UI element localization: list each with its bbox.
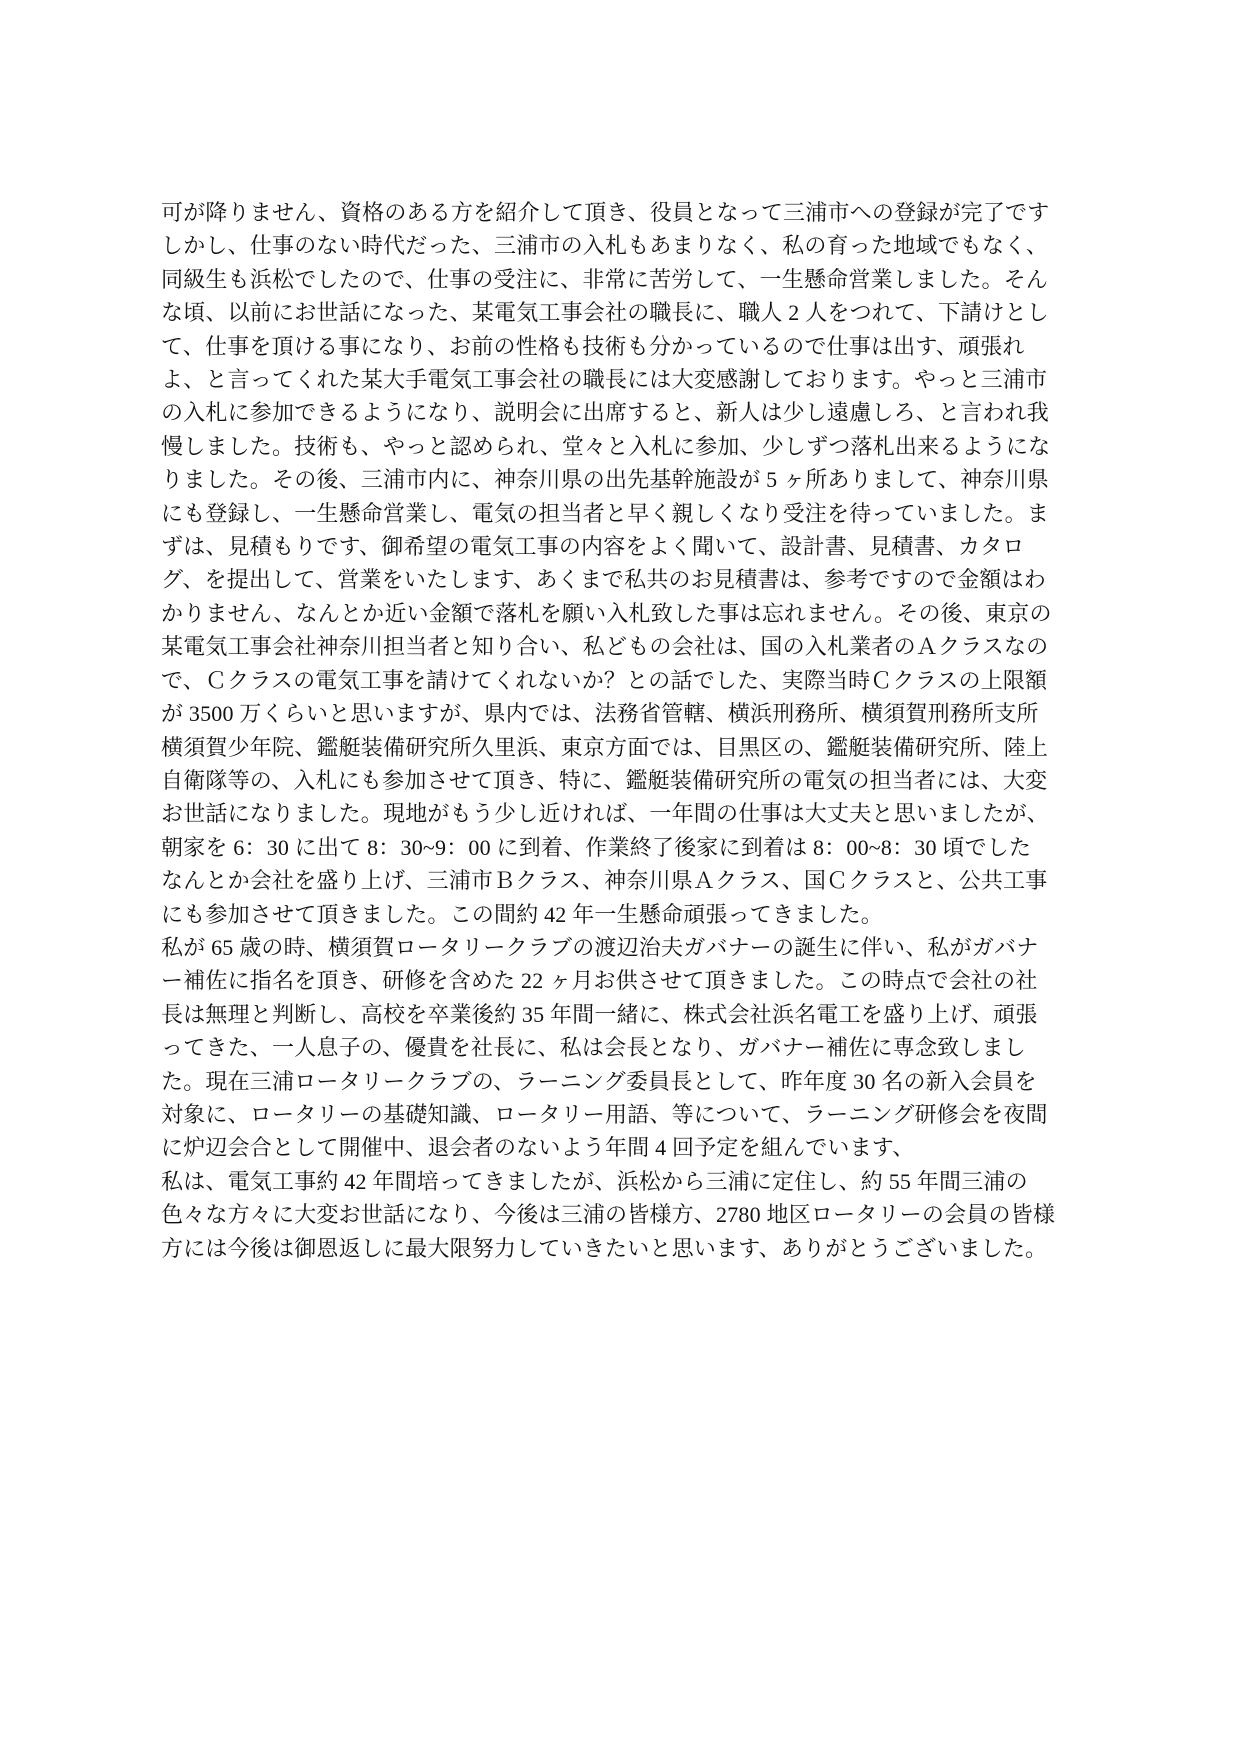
- document-page: 可が降りません、資格のある方を紹介して頂き、役員となって三浦市への登録が完了です…: [0, 0, 1241, 1755]
- document-body-text: 可が降りません、資格のある方を紹介して頂き、役員となって三浦市への登録が完了です…: [161, 196, 1073, 1265]
